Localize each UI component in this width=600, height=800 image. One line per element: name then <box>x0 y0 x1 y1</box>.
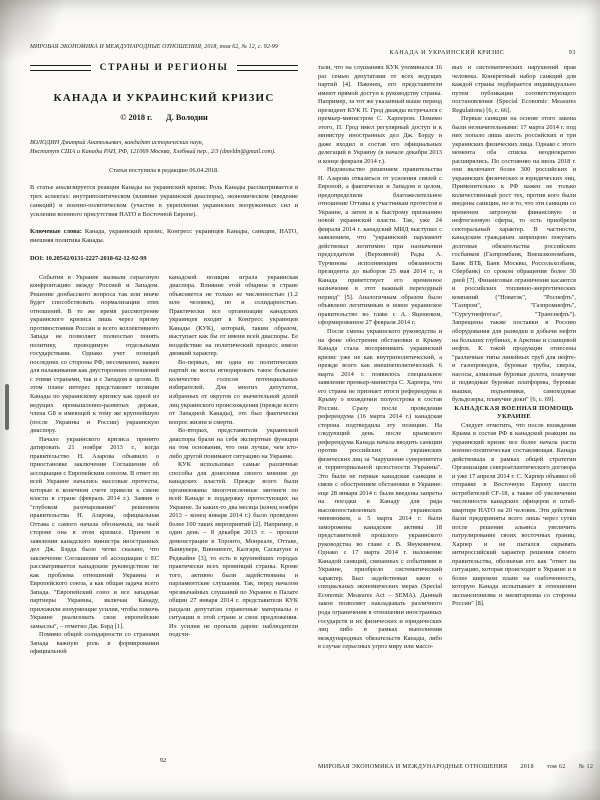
body-paragraph: Во-первых, ни одна из политических парти… <box>169 359 298 427</box>
banner-rule-right <box>237 65 298 71</box>
article-title: КАНАДА И УКРАИНСКИЙ КРИЗИС <box>30 92 298 104</box>
page-number: 92 <box>16 757 310 764</box>
body-paragraph: канадской позиции играла украинская диас… <box>169 274 298 359</box>
scan-artifact <box>5 384 9 430</box>
body-paragraph: Помимо общей солидарности со странами За… <box>30 631 159 657</box>
footer-year: 2018 <box>520 764 533 770</box>
column-2: вых и систематических нарушений прав чел… <box>452 64 576 758</box>
journal-spread: МИРОВАЯ ЭКОНОМИКА И МЕЖДУНАРОДНЫЕ ОТНОШЕ… <box>0 0 600 800</box>
body-paragraph: Во-вторых, представители украинской диас… <box>169 427 298 461</box>
keywords: Ключевые слова: Канада, украинский кризи… <box>30 228 298 246</box>
body-paragraph: тали, что на слушаниях КУК упоминался 16… <box>318 64 442 166</box>
affiliation-line: Институт США и Канады РАН, РФ, 121069 Мо… <box>30 148 298 157</box>
banner-rule-left <box>30 65 91 71</box>
body-columns-left-page: События в Украине вызвали серьезную конф… <box>30 274 298 746</box>
body-paragraph: Первые санкции на основе этого закона бы… <box>452 115 576 405</box>
affiliation-block: ВОЛОДИН Дмитрий Анатольевич, кандидат ис… <box>30 139 298 157</box>
column-1: События в Украине вызвали серьезную конф… <box>30 274 159 746</box>
body-paragraph: Недовольство решением правительства Н. А… <box>318 166 442 328</box>
column-2: канадской позиции играла украинская диас… <box>169 274 298 746</box>
received-date: Статья поступила в редакцию 06.04.2018. <box>30 167 298 174</box>
doi: DOI: 10.20542/0131-2227-2018-62-12-92-99 <box>30 255 298 262</box>
copyright-notice: © 2018 г. <box>120 113 152 122</box>
keywords-label: Ключевые слова: <box>30 228 82 235</box>
author-name: Д. Володин <box>166 113 208 122</box>
journal-header: МИРОВАЯ ЭКОНОМИКА И МЕЖДУНАРОДНЫЕ ОТНОШЕ… <box>30 44 298 50</box>
body-paragraph: КУК использовал самые различные способы … <box>169 461 298 640</box>
footer-volume: том 62 <box>547 764 566 770</box>
column-1: тали, что на слушаниях КУК упоминался 16… <box>318 64 442 758</box>
section-banner: СТРАНЫ И РЕГИОНЫ <box>30 63 298 73</box>
section-heading: КАНАДСКАЯ ВОЕННАЯ ПОМОЩЬУКРАИНЕ <box>452 405 576 422</box>
page-right: КАНАДА И УКРАИНСКИЙ КРИЗИС 93 тали, что … <box>312 18 592 788</box>
body-paragraph: Следует отметить, что после вхождения Кр… <box>452 422 576 609</box>
body-paragraph: После смены украинского руководства и на… <box>318 328 442 652</box>
journal-footer: МИРОВАЯ ЭКОНОМИКА И МЕЖДУНАРОДНЫЕ ОТНОШЕ… <box>318 764 582 770</box>
body-paragraph: События в Украине вызвали серьезную конф… <box>30 274 159 436</box>
footer-issue: № 12 <box>579 764 594 770</box>
body-paragraph: вых и систематических нарушений прав чел… <box>452 64 576 115</box>
running-head: КАНАДА И УКРАИНСКИЙ КРИЗИС 93 <box>318 50 576 56</box>
section-banner-label: СТРАНЫ И РЕГИОНЫ <box>91 63 238 73</box>
abstract-text: В статье анализируется реакция Канады на… <box>30 184 298 220</box>
affiliation-line: ВОЛОДИН Дмитрий Анатольевич, кандидат ис… <box>30 139 298 148</box>
page-number: 93 <box>569 50 576 56</box>
footer-journal-name: МИРОВАЯ ЭКОНОМИКА И МЕЖДУНАРОДНЫЕ ОТНОШЕ… <box>318 764 507 770</box>
byline: © 2018 г.Д. Володин <box>30 113 298 122</box>
running-title: КАНАДА И УКРАИНСКИЙ КРИЗИС <box>390 50 505 56</box>
body-paragraph: Начало украинского кризиса принято датир… <box>30 436 159 632</box>
page-left: МИРОВАЯ ЭКОНОМИКА И МЕЖДУНАРОДНЫЕ ОТНОШЕ… <box>16 18 310 788</box>
body-columns-right-page: тали, что на слушаниях КУК упоминался 16… <box>318 64 576 758</box>
